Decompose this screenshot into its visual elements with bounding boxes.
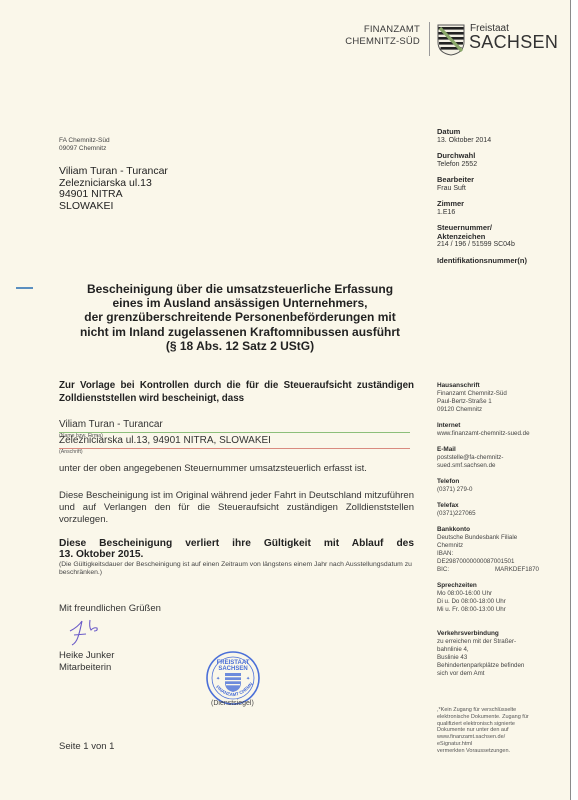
title-line: nicht im Inland zugelassenen Kraftomnibu… — [60, 325, 420, 339]
signature-icon — [64, 617, 114, 647]
signer-name: Heike Junker — [59, 650, 114, 662]
bic-label: BIC: — [437, 566, 449, 574]
contact-label: Telefax — [437, 502, 567, 510]
document-title: Bescheinigung über die umsatzsteuerliche… — [60, 282, 420, 353]
info-durchwahl: Durchwahl Telefon 2552 — [437, 152, 567, 169]
note-line: elektronische Dokumente. Zugang für — [437, 714, 547, 721]
contact-value: 09120 Chemnitz — [437, 406, 567, 414]
validity-note: (Die Gültigkeitsdauer der Bescheinigung … — [59, 561, 414, 577]
name-value: Viliam Turan - Turancar — [59, 419, 410, 433]
info-value: Telefon 2552 — [437, 161, 567, 170]
info-label: Identifikationsnummer(n) — [437, 257, 567, 266]
note-line: Dokumente nur unter den auf — [437, 727, 547, 734]
address-field: Zelezniciarska ul.13, 94901 NITRA, SLOWA… — [59, 435, 410, 455]
contact-value: DE29870000000087001501 — [437, 558, 567, 566]
office-contact-info: Hausanschrift Finanzamt Chemnitz-Süd Pau… — [437, 382, 567, 686]
contact-label: E-Mail — [437, 446, 567, 454]
contact-value: Mo 08:00-16:00 Uhr — [437, 590, 567, 598]
recipient-country: SLOWAKEI — [59, 201, 168, 213]
contact-value: bahnlinie 4, — [437, 646, 567, 654]
info-label: Durchwahl — [437, 152, 567, 161]
recipient-address: Viliam Turan - Turancar Zelezniciarska u… — [59, 166, 168, 212]
svg-text:SACHSEN: SACHSEN — [218, 666, 247, 672]
contact-label: Hausanschrift — [437, 382, 567, 390]
contact-value: Di u. Do 08:00-18:00 Uhr — [437, 598, 567, 606]
info-value: Frau Suft — [437, 185, 567, 194]
logo-divider — [429, 22, 430, 56]
signer-block: Heike Junker Mitarbeiterin — [59, 650, 114, 673]
info-label: Zimmer — [437, 200, 567, 209]
recipient-name: Viliam Turan - Turancar — [59, 166, 168, 178]
saxony-crest-icon — [437, 24, 465, 56]
info-identifikationsnummer: Identifikationsnummer(n) — [437, 257, 567, 266]
address-caption: (Anschrift) — [59, 449, 410, 455]
title-line: der grenzüberschreitende Personenbeförde… — [60, 310, 420, 324]
sender-line: FA Chemnitz-Süd 09097 Chemnitz — [59, 137, 110, 153]
state-label-large: SACHSEN — [469, 32, 558, 53]
info-steuernummer: Steuernummer/ Aktenzeichen 214 / 196 / 5… — [437, 224, 567, 250]
contact-value: IBAN: — [437, 550, 567, 558]
contact-value: sich vor dem Amt — [437, 670, 567, 678]
contact-label: Telefon — [437, 478, 567, 486]
contact-value: (0371)227065 — [437, 510, 567, 518]
contact-label: Bankkonto — [437, 526, 567, 534]
esignature-note: ,*Kein Zugang für verschlüsselte elektro… — [437, 707, 547, 755]
title-line: Bescheinigung über die umsatzsteuerliche… — [60, 282, 420, 296]
email-link[interactable]: sued.smf.sachsen.de — [437, 462, 567, 470]
document-page: FINANZAMT CHEMNITZ-SÜD Freistaat SACHSEN… — [0, 0, 571, 800]
contact-transport: Verkehrsverbindung zu erreichen mit der … — [437, 630, 567, 678]
note-line: vermerkten Voraussetzungen. — [437, 748, 547, 755]
info-label: Bearbeiter — [437, 176, 567, 185]
info-label: Datum — [437, 128, 567, 137]
validity-date: 13. Oktober 2015. — [59, 549, 143, 561]
authority-line-2: CHEMNITZ-SÜD — [330, 36, 420, 48]
fold-marker — [16, 287, 33, 289]
contact-label: Verkehrsverbindung — [437, 630, 567, 638]
info-value: 214 / 196 / 51599 SC04b — [437, 241, 567, 250]
bic-value: MARKDEF1870 — [495, 566, 539, 574]
contact-value: Mi u. Fr. 08:00-13:00 Uhr — [437, 606, 567, 614]
carry-requirement: Diese Bescheinigung ist im Original währ… — [59, 490, 414, 526]
contact-label: Internet — [437, 422, 567, 430]
contact-value: Chemnitz — [437, 542, 567, 550]
info-label: Aktenzeichen — [437, 233, 567, 242]
address-value: Zelezniciarska ul.13, 94901 NITRA, SLOWA… — [59, 435, 410, 449]
info-value: 1.E16 — [437, 209, 567, 218]
contact-value: zu erreichen mit der Straßer- — [437, 638, 567, 646]
sender-city: 09097 Chemnitz — [59, 145, 110, 153]
note-line: www.finanzamt.sachsen.de/ — [437, 734, 547, 741]
contact-value: (0371) 279-0 — [437, 486, 567, 494]
info-datum: Datum 13. Oktober 2014 — [437, 128, 567, 145]
authority-name: FINANZAMT CHEMNITZ-SÜD — [330, 24, 420, 48]
contact-internet: Internet www.finanzamt-chemnitz-sued.de — [437, 422, 567, 438]
contact-telefon: Telefon (0371) 279-0 — [437, 478, 567, 494]
contact-value: Behindertenparkplätze befinden — [437, 662, 567, 670]
note-line: ,*Kein Zugang für verschlüsselte — [437, 707, 547, 714]
contact-value: Finanzamt Chemnitz-Süd — [437, 390, 567, 398]
closing-greeting: Mit freundlichen Grüßen — [59, 603, 161, 614]
email-link[interactable]: poststelle@fa-chemnitz- — [437, 454, 567, 462]
svg-text:✦: ✦ — [246, 676, 250, 682]
validity-statement: Diese Bescheinigung verliert ihre Gültig… — [59, 538, 414, 550]
contact-value: Paul-Bertz-Straße 1 — [437, 398, 567, 406]
recipient-city: 94901 NITRA — [59, 189, 168, 201]
signer-role: Mitarbeiterin — [59, 662, 114, 674]
website-link[interactable]: www.finanzamt-chemnitz-sued.de — [437, 430, 567, 438]
info-bearbeiter: Bearbeiter Frau Suft — [437, 176, 567, 193]
bic-row: BIC: MARKDEF1870 — [437, 566, 539, 574]
contact-hausanschrift: Hausanschrift Finanzamt Chemnitz-Süd Pau… — [437, 382, 567, 414]
note-line: eSignatur.html — [437, 741, 547, 748]
contact-telefax: Telefax (0371)227065 — [437, 502, 567, 518]
info-value: 13. Oktober 2014 — [437, 137, 567, 146]
contact-value: Deutsche Bundesbank Filiale — [437, 534, 567, 542]
contact-value: Buslinie 43 — [437, 654, 567, 662]
contact-label: Sprechzeiten — [437, 582, 567, 590]
page-number: Seite 1 von 1 — [59, 741, 114, 752]
reference-info: Datum 13. Oktober 2014 Durchwahl Telefon… — [437, 128, 567, 272]
authority-line-1: FINANZAMT — [330, 24, 420, 36]
contact-hours: Sprechzeiten Mo 08:00-16:00 Uhr Di u. Do… — [437, 582, 567, 614]
title-line: eines im Ausland ansässigen Unternehmers… — [60, 296, 420, 310]
title-line: (§ 18 Abs. 12 Satz 2 UStG) — [60, 339, 420, 353]
sender-office: FA Chemnitz-Süd — [59, 137, 110, 145]
official-seal-icon: FREISTAAT SACHSEN ✦ ✦ FINANZAMT CHEMNITZ… — [205, 650, 261, 706]
intro-statement: Zur Vorlage bei Kontrollen durch die für… — [59, 380, 414, 405]
note-line: qualifiziert elektronisch signierte — [437, 721, 547, 728]
registration-statement: unter der oben angegebenen Steuernummer … — [59, 463, 414, 475]
contact-bank: Bankkonto Deutsche Bundesbank Filiale Ch… — [437, 526, 567, 574]
svg-text:✦: ✦ — [216, 676, 220, 682]
contact-email: E-Mail poststelle@fa-chemnitz- sued.smf.… — [437, 446, 567, 470]
info-zimmer: Zimmer 1.E16 — [437, 200, 567, 217]
seal-caption: (Dienstsiegel) — [211, 700, 254, 707]
